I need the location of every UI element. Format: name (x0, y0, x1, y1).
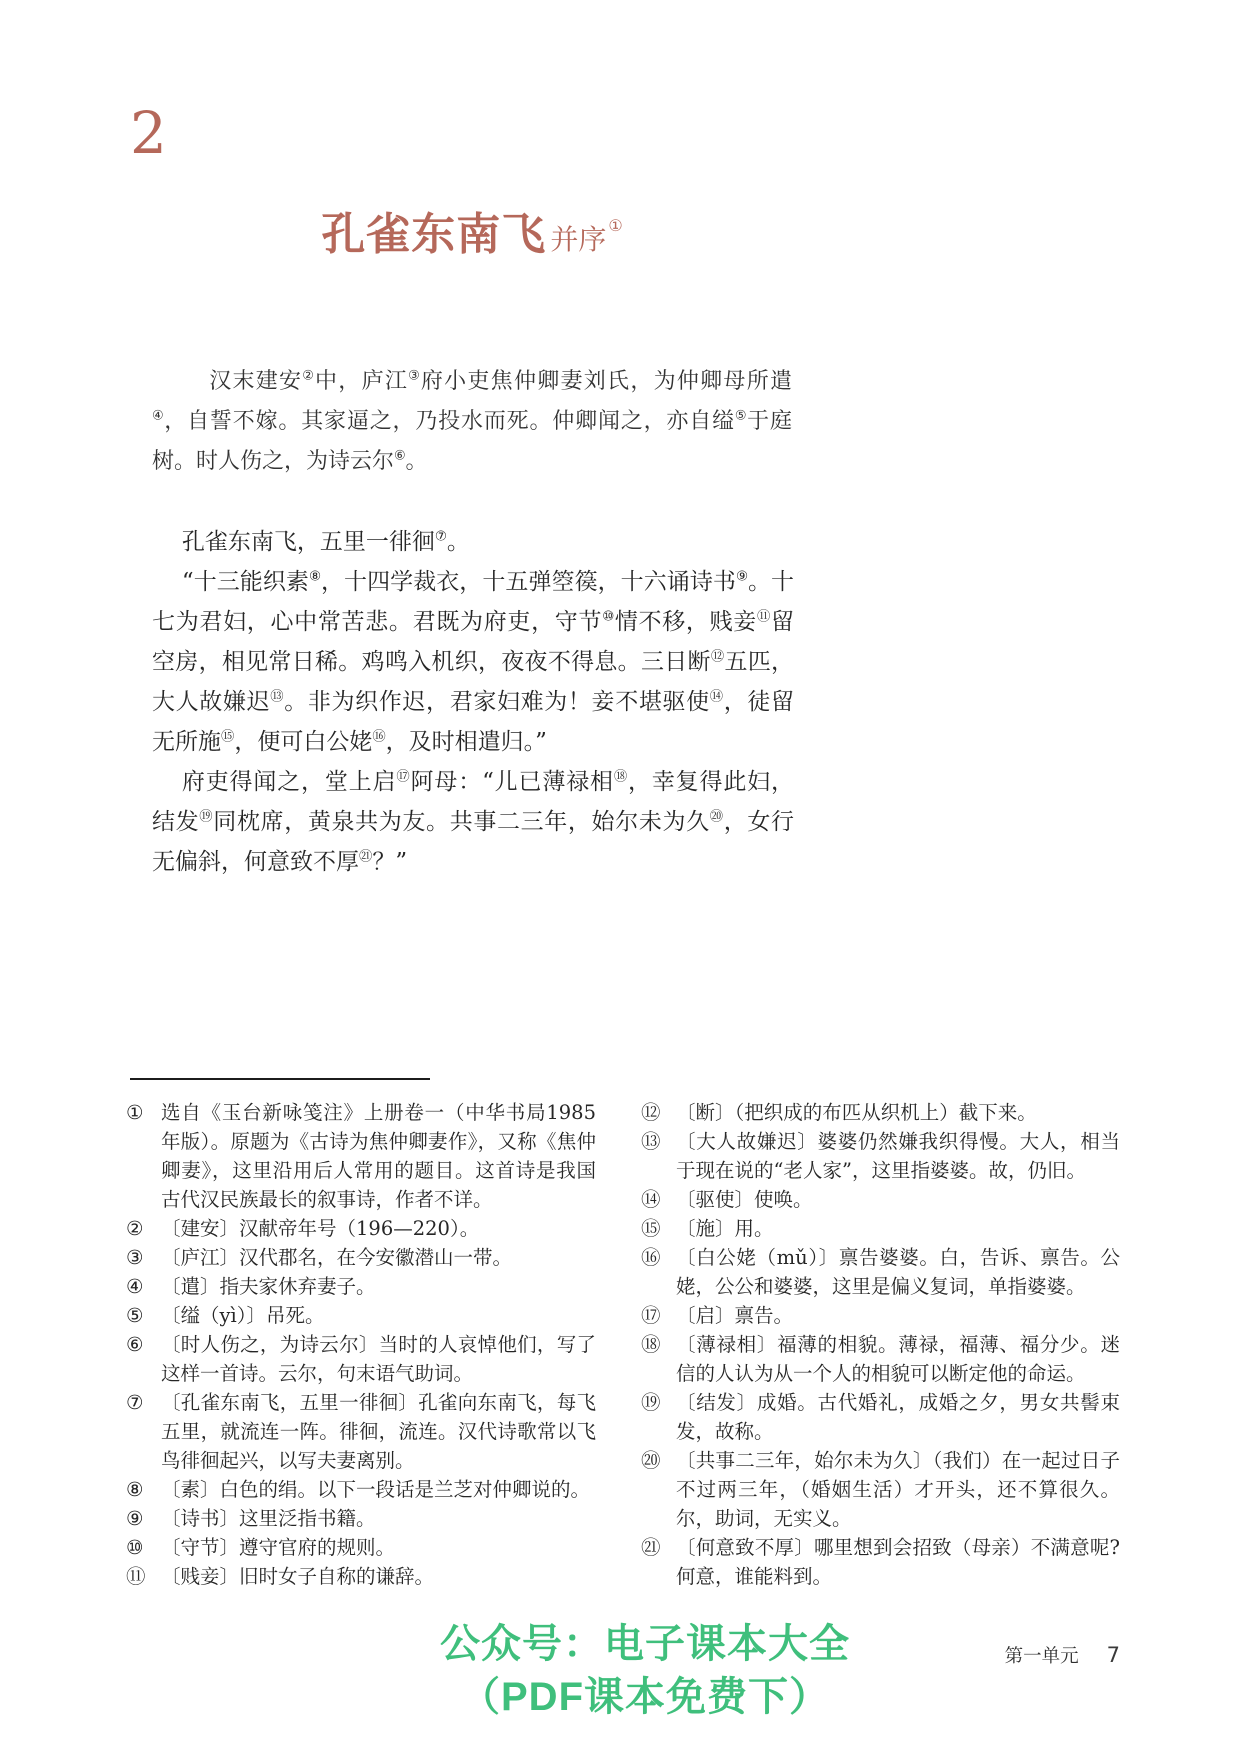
footnote-item: ① 选自《玉台新咏笺注》上册卷一（中华书局1985年版）。原题为《古诗为焦仲卿妻… (126, 1098, 596, 1214)
footnote-item: ㉑ 〔何意致不厚〕哪里想到会招致（母亲）不满意呢? 何意，谁能料到。 (641, 1533, 1120, 1591)
poem-body: 孔雀东南飞，五里一徘徊⑦。 “十三能织素⑧，十四学裁衣，十五弹箜篌，十六诵诗书⑨… (152, 522, 794, 882)
footnote-text: 〔何意致不厚〕哪里想到会招致（母亲）不满意呢? 何意，谁能料到。 (676, 1533, 1120, 1591)
footnote-item: ⑤ 〔缢（yì）〕吊死。 (126, 1301, 596, 1330)
footnote-marker: ⑳ (641, 1446, 676, 1533)
footnote-text: 〔诗书〕这里泛指书籍。 (161, 1504, 596, 1533)
footnote-text: 〔遣〕指夫家休弃妻子。 (161, 1272, 596, 1301)
watermark-line2: （PDF课本免费下） (295, 1671, 995, 1724)
footer-page-number: 7 (1107, 1643, 1120, 1667)
footnote-text: 〔施〕用。 (676, 1214, 1120, 1243)
footnote-text: 〔缢（yì）〕吊死。 (161, 1301, 596, 1330)
footnote-item: ⑥ 〔时人伤之，为诗云尔〕当时的人哀悼他们，写了这样一首诗。云尔，句末语气助词。 (126, 1330, 596, 1388)
footnote-marker: ⑤ (126, 1301, 161, 1330)
footnote-marker: ⑫ (641, 1098, 676, 1127)
title-footnote-ref: ① (608, 216, 622, 235)
footnote-marker: ⑯ (641, 1243, 676, 1301)
lesson-title-row: 孔雀东南飞并序① (152, 198, 792, 262)
footnote-marker: ⑩ (126, 1533, 161, 1562)
footnote-text: 〔孔雀东南飞，五里一徘徊〕孔雀向东南飞，每飞五里，就流连一阵。徘徊，流连。汉代诗… (161, 1388, 596, 1475)
footnote-item: ⑪ 〔贱妾〕旧时女子自称的谦辞。 (126, 1562, 596, 1591)
footnote-text: 〔庐江〕汉代郡名，在今安徽潜山一带。 (161, 1243, 596, 1272)
footnote-item: ⑬ 〔大人故嫌迟〕婆婆仍然嫌我织得慢。大人，相当于现在说的“老人家”，这里指婆婆… (641, 1127, 1120, 1185)
footnote-item: ⑱ 〔薄禄相〕福薄的相貌。薄禄，福薄、福分少。迷信的人认为从一个人的相貌可以断定… (641, 1330, 1120, 1388)
footnote-text: 选自《玉台新咏笺注》上册卷一（中华书局1985年版）。原题为《古诗为焦仲卿妻作》… (161, 1098, 596, 1214)
footnote-marker: ⑱ (641, 1330, 676, 1388)
chapter-number: 2 (130, 104, 167, 162)
footnote-text: 〔大人故嫌迟〕婆婆仍然嫌我织得慢。大人，相当于现在说的“老人家”，这里指婆婆。故… (676, 1127, 1120, 1185)
footnote-marker: ⑬ (641, 1127, 676, 1185)
watermark: 公众号：电子课本大全 （PDF课本免费下） (295, 1618, 995, 1724)
footer-unit-label: 第一单元 (1005, 1642, 1079, 1668)
footnote-item: ⑨ 〔诗书〕这里泛指书籍。 (126, 1504, 596, 1533)
footnote-text: 〔驱使〕使唤。 (676, 1185, 1120, 1214)
watermark-line1: 公众号：电子课本大全 (295, 1618, 995, 1671)
lesson-title: 孔雀东南飞 (321, 209, 546, 260)
footnote-separator-rule (130, 1078, 430, 1080)
footnote-text: 〔素〕白色的绢。以下一段话是兰芝对仲卿说的。 (161, 1475, 596, 1504)
footnote-item: ⑦ 〔孔雀东南飞，五里一徘徊〕孔雀向东南飞，每飞五里，就流连一阵。徘徊，流连。汉… (126, 1388, 596, 1475)
footnote-text: 〔结发〕成婚。古代婚礼，成婚之夕，男女共髻束发，故称。 (676, 1388, 1120, 1446)
textbook-page: 2 孔雀东南飞并序① 汉末建安②中，庐江③府小吏焦仲卿妻刘氏，为仲卿母所遣④，自… (0, 0, 1240, 1754)
footnotes-section: ① 选自《玉台新咏笺注》上册卷一（中华书局1985年版）。原题为《古诗为焦仲卿妻… (126, 1078, 1120, 1591)
footnote-text: 〔时人伤之，为诗云尔〕当时的人哀悼他们，写了这样一首诗。云尔，句末语气助词。 (161, 1330, 596, 1388)
poem-stanza: 府吏得闻之，堂上启⑰阿母：“儿已薄禄相⑱，幸复得此妇，结发⑲同枕席，黄泉共为友。… (152, 762, 794, 882)
page-footer: 第一单元 7 (1005, 1642, 1120, 1668)
footnote-item: ⑳ 〔共事二三年，始尔未为久〕（我们）在一起过日子不过两三年，（婚姻生活）才开头… (641, 1446, 1120, 1533)
poem-stanza: “十三能织素⑧，十四学裁衣，十五弹箜篌，十六诵诗书⑨。十七为君妇，心中常苦悲。君… (152, 562, 794, 762)
footnote-text: 〔薄禄相〕福薄的相貌。薄禄，福薄、福分少。迷信的人认为从一个人的相貌可以断定他的… (676, 1330, 1120, 1388)
footnote-marker: ③ (126, 1243, 161, 1272)
footnote-item: ⑮ 〔施〕用。 (641, 1214, 1120, 1243)
footnote-text: 〔建安〕汉献帝年号（196—220）。 (161, 1214, 596, 1243)
footnote-item: ⑧ 〔素〕白色的绢。以下一段话是兰芝对仲卿说的。 (126, 1475, 596, 1504)
footnote-item: ⑯ 〔白公姥（mǔ）〕禀告婆婆。白，告诉、禀告。公姥，公公和婆婆，这里是偏义复词… (641, 1243, 1120, 1301)
footnotes-right-column: ⑫ 〔断〕（把织成的布匹从织机上）截下来。 ⑬ 〔大人故嫌迟〕婆婆仍然嫌我织得慢… (641, 1098, 1120, 1591)
footnote-item: ⑲ 〔结发〕成婚。古代婚礼，成婚之夕，男女共髻束发，故称。 (641, 1388, 1120, 1446)
footnote-item: ④ 〔遣〕指夫家休弃妻子。 (126, 1272, 596, 1301)
footnote-marker: ⑥ (126, 1330, 161, 1388)
footnote-item: ⑫ 〔断〕（把织成的布匹从织机上）截下来。 (641, 1098, 1120, 1127)
footnote-marker: ⑰ (641, 1301, 676, 1330)
footnote-marker: ⑮ (641, 1214, 676, 1243)
footnote-marker: ② (126, 1214, 161, 1243)
footnote-marker: ⑪ (126, 1562, 161, 1591)
footnote-text: 〔共事二三年，始尔未为久〕（我们）在一起过日子不过两三年，（婚姻生活）才开头，还… (676, 1446, 1120, 1533)
footnote-item: ⑩ 〔守节〕遵守官府的规则。 (126, 1533, 596, 1562)
footnote-marker: ⑨ (126, 1504, 161, 1533)
footnote-marker: ⑭ (641, 1185, 676, 1214)
lesson-subtitle: 并序 (550, 223, 606, 256)
footnote-text: 〔启〕禀告。 (676, 1301, 1120, 1330)
footnote-marker: ⑲ (641, 1388, 676, 1446)
footnote-marker: ④ (126, 1272, 161, 1301)
footnote-text: 〔白公姥（mǔ）〕禀告婆婆。白，告诉、禀告。公姥，公公和婆婆，这里是偏义复词，单… (676, 1243, 1120, 1301)
footnote-item: ② 〔建安〕汉献帝年号（196—220）。 (126, 1214, 596, 1243)
footnote-text: 〔断〕（把织成的布匹从织机上）截下来。 (676, 1098, 1120, 1127)
footnotes-left-column: ① 选自《玉台新咏笺注》上册卷一（中华书局1985年版）。原题为《古诗为焦仲卿妻… (126, 1098, 596, 1591)
footnote-item: ⑰ 〔启〕禀告。 (641, 1301, 1120, 1330)
footnote-marker: ⑦ (126, 1388, 161, 1475)
footnote-marker: ⑧ (126, 1475, 161, 1504)
poem-stanza: 孔雀东南飞，五里一徘徊⑦。 (152, 522, 794, 562)
footnote-text: 〔守节〕遵守官府的规则。 (161, 1533, 596, 1562)
footnote-columns: ① 选自《玉台新咏笺注》上册卷一（中华书局1985年版）。原题为《古诗为焦仲卿妻… (126, 1098, 1120, 1591)
footnote-item: ⑭ 〔驱使〕使唤。 (641, 1185, 1120, 1214)
footnote-marker: ㉑ (641, 1533, 676, 1591)
footnote-item: ③ 〔庐江〕汉代郡名，在今安徽潜山一带。 (126, 1243, 596, 1272)
preface-paragraph: 汉末建安②中，庐江③府小吏焦仲卿妻刘氏，为仲卿母所遣④，自誓不嫁。其家逼之，乃投… (152, 362, 792, 482)
footnote-marker: ① (126, 1098, 161, 1214)
footnote-text: 〔贱妾〕旧时女子自称的谦辞。 (161, 1562, 596, 1591)
